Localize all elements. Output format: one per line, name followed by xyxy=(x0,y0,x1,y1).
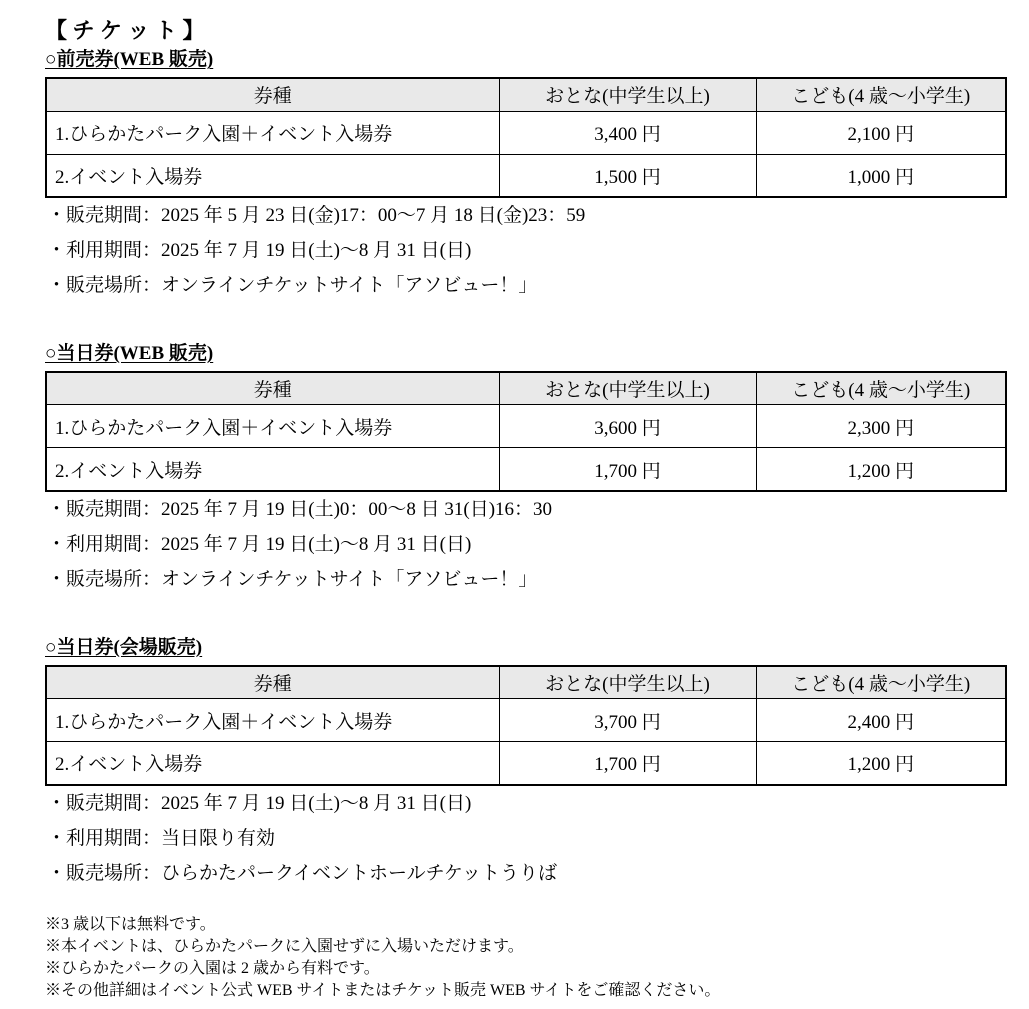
column-header-ticket-type: 券種 xyxy=(46,666,499,699)
column-header-adult: おとな(中学生以上) xyxy=(499,372,756,405)
note-sales-period: ・販売期間：2025 年 7 月 19 日(土)0：00〜8 日 31(日)16… xyxy=(47,499,1007,520)
table-row: 1.ひらかたパーク入園＋イベント入場券 3,600 円 2,300 円 xyxy=(46,405,1006,448)
column-header-ticket-type: 券種 xyxy=(46,372,499,405)
note-usage-period: ・利用期間：2025 年 7 月 19 日(土)〜8 月 31 日(日) xyxy=(47,240,1007,261)
table-row: 2.イベント入場券 1,500 円 1,000 円 xyxy=(46,154,1006,197)
adult-price-cell: 1,700 円 xyxy=(499,448,756,491)
table-row: 1.ひらかたパーク入園＋イベント入場券 3,700 円 2,400 円 xyxy=(46,699,1006,742)
note-sales-location: ・販売場所：オンラインチケットサイト「アソビュー！」 xyxy=(47,569,1007,590)
ticket-name-cell: 1.ひらかたパーク入園＋イベント入場券 xyxy=(46,405,499,448)
table-row: 2.イベント入場券 1,700 円 1,200 円 xyxy=(46,448,1006,491)
adult-price-cell: 1,500 円 xyxy=(499,154,756,197)
document-page: 【 チ ケ ッ ト 】 ○前売券(WEB 販売) 券種 おとな(中学生以上) こ… xyxy=(0,0,1029,1009)
adult-price-cell: 3,400 円 xyxy=(499,111,756,154)
section-heading-sameday-venue: ○当日券(会場販売) xyxy=(45,636,202,660)
child-price-cell: 1,200 円 xyxy=(756,448,1006,491)
ticket-name-cell: 1.ひらかたパーク入園＋イベント入場券 xyxy=(46,111,499,154)
footnote-park-entry-fee-age: ※ひらかたパークの入園は 2 歳から有料です。 xyxy=(45,958,1007,980)
child-price-cell: 1,200 円 xyxy=(756,742,1006,785)
column-header-child: こども(4 歳〜小学生) xyxy=(756,372,1006,405)
table-row: 1.ひらかたパーク入園＋イベント入場券 3,400 円 2,100 円 xyxy=(46,111,1006,154)
adult-price-cell: 3,600 円 xyxy=(499,405,756,448)
price-table-sameday-web: 券種 おとな(中学生以上) こども(4 歳〜小学生) 1.ひらかたパーク入園＋イ… xyxy=(45,371,1007,492)
section-sameday-venue: ○当日券(会場販売) 券種 おとな(中学生以上) こども(4 歳〜小学生) 1.… xyxy=(45,636,1007,884)
table-header-row: 券種 おとな(中学生以上) こども(4 歳〜小学生) xyxy=(46,78,1006,111)
note-sales-period: ・販売期間：2025 年 7 月 19 日(土)〜8 月 31 日(日) xyxy=(47,793,1007,814)
table-header-row: 券種 おとな(中学生以上) こども(4 歳〜小学生) xyxy=(46,666,1006,699)
section-heading-sameday-web: ○当日券(WEB 販売) xyxy=(45,342,213,366)
price-table-sameday-venue: 券種 おとな(中学生以上) こども(4 歳〜小学生) 1.ひらかたパーク入園＋イ… xyxy=(45,665,1007,786)
ticket-name-cell: 2.イベント入場券 xyxy=(46,154,499,197)
section-notes: ・販売期間：2025 年 7 月 19 日(土)〜8 月 31 日(日) ・利用… xyxy=(45,793,1007,884)
column-header-child: こども(4 歳〜小学生) xyxy=(756,78,1006,111)
ticket-name-cell: 1.ひらかたパーク入園＋イベント入場券 xyxy=(46,699,499,742)
note-sales-location: ・販売場所：オンラインチケットサイト「アソビュー！」 xyxy=(47,275,1007,296)
child-price-cell: 2,400 円 xyxy=(756,699,1006,742)
ticket-name-cell: 2.イベント入場券 xyxy=(46,742,499,785)
column-header-adult: おとな(中学生以上) xyxy=(499,78,756,111)
column-header-ticket-type: 券種 xyxy=(46,78,499,111)
page-title: 【 チ ケ ッ ト 】 xyxy=(45,18,1007,44)
note-sales-period: ・販売期間：2025 年 5 月 23 日(金)17：00〜7 月 18 日(金… xyxy=(47,205,1007,226)
column-header-adult: おとな(中学生以上) xyxy=(499,666,756,699)
note-usage-period: ・利用期間：当日限り有効 xyxy=(47,828,1007,849)
footnote-see-official-site: ※その他詳細はイベント公式 WEB サイトまたはチケット販売 WEB サイトをご… xyxy=(45,980,1007,1002)
section-notes: ・販売期間：2025 年 7 月 19 日(土)0：00〜8 日 31(日)16… xyxy=(45,499,1007,590)
section-sameday-web: ○当日券(WEB 販売) 券種 おとな(中学生以上) こども(4 歳〜小学生) … xyxy=(45,342,1007,590)
section-heading-advance-web: ○前売券(WEB 販売) xyxy=(45,48,213,72)
child-price-cell: 2,300 円 xyxy=(756,405,1006,448)
child-price-cell: 2,100 円 xyxy=(756,111,1006,154)
section-advance-web: ○前売券(WEB 販売) 券種 おとな(中学生以上) こども(4 歳〜小学生) … xyxy=(45,48,1007,296)
child-price-cell: 1,000 円 xyxy=(756,154,1006,197)
footnote-free-under-3: ※3 歳以下は無料です。 xyxy=(45,914,1007,936)
adult-price-cell: 3,700 円 xyxy=(499,699,756,742)
ticket-name-cell: 2.イベント入場券 xyxy=(46,448,499,491)
note-sales-location: ・販売場所：ひらかたパークイベントホールチケットうりば xyxy=(47,863,1007,884)
price-table-advance-web: 券種 おとな(中学生以上) こども(4 歳〜小学生) 1.ひらかたパーク入園＋イ… xyxy=(45,77,1007,198)
adult-price-cell: 1,700 円 xyxy=(499,742,756,785)
note-usage-period: ・利用期間：2025 年 7 月 19 日(土)〜8 月 31 日(日) xyxy=(47,534,1007,555)
footnote-no-park-entry-needed: ※本イベントは、ひらかたパークに入園せずに入場いただけます。 xyxy=(45,936,1007,958)
column-header-child: こども(4 歳〜小学生) xyxy=(756,666,1006,699)
table-header-row: 券種 おとな(中学生以上) こども(4 歳〜小学生) xyxy=(46,372,1006,405)
section-notes: ・販売期間：2025 年 5 月 23 日(金)17：00〜7 月 18 日(金… xyxy=(45,205,1007,296)
footnotes: ※3 歳以下は無料です。 ※本イベントは、ひらかたパークに入園せずに入場いただけ… xyxy=(45,914,1007,1002)
table-row: 2.イベント入場券 1,700 円 1,200 円 xyxy=(46,742,1006,785)
